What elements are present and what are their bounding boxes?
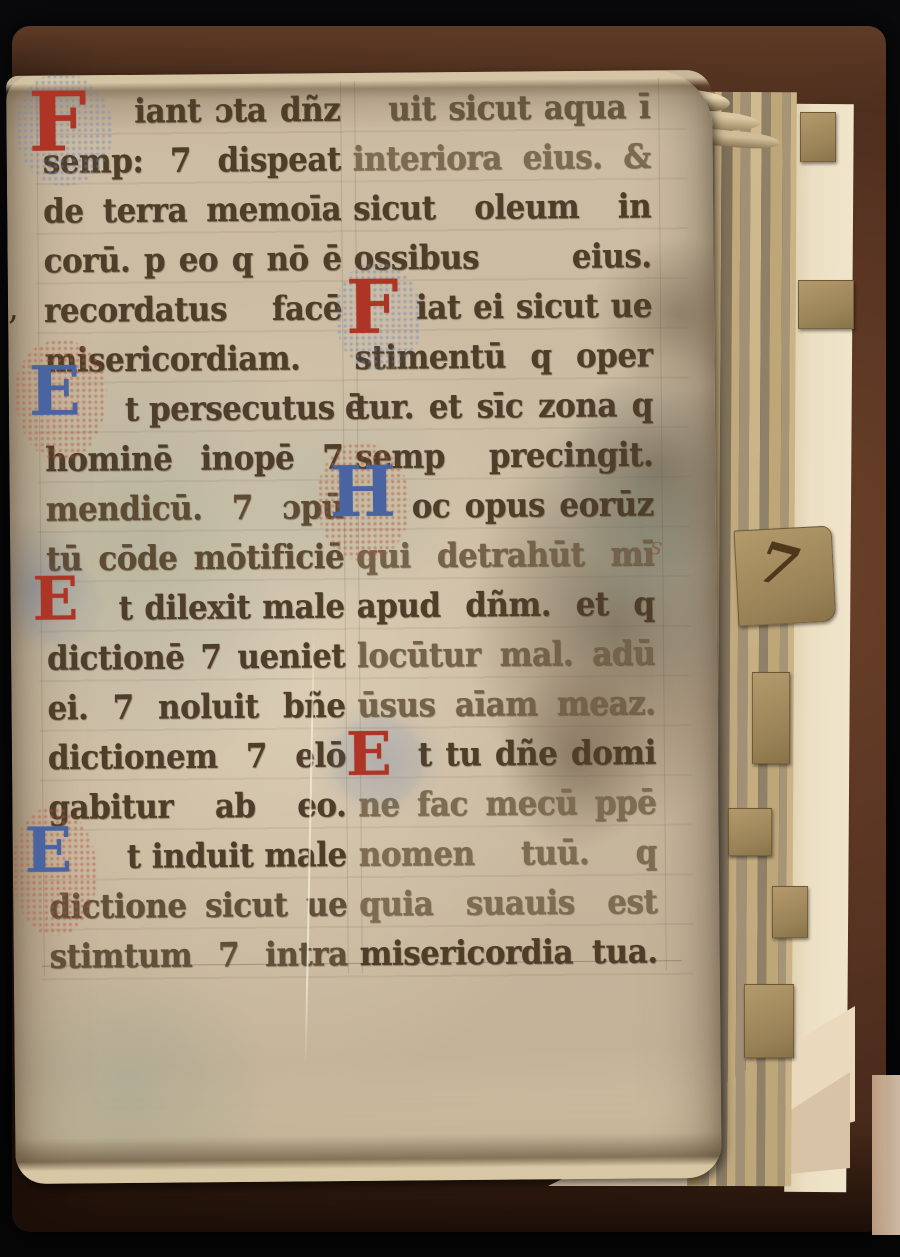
- margin-mark: ,: [8, 288, 19, 328]
- text-line: quia suauis est: [359, 877, 657, 929]
- tab-ink-mark: 7: [748, 534, 808, 596]
- text-line: locūtur mal. adū: [357, 629, 655, 681]
- fore-edge-tab: [728, 808, 772, 856]
- drop-cap-initial-E: E: [24, 819, 72, 881]
- board-edge: [872, 1075, 900, 1235]
- text-line: dictionē 7 ueniet: [47, 632, 345, 684]
- text-line: corū. p eo q nō ē: [43, 234, 341, 286]
- fore-edge-tab: [772, 886, 808, 938]
- text-line: ei. 7 noluit bñe: [47, 681, 345, 733]
- fore-edge-tab: [800, 112, 836, 162]
- text-line: recordatus facē: [44, 284, 342, 336]
- text-line: dictionem 7 elō: [48, 731, 346, 783]
- text-line: de terra memoīa: [43, 184, 341, 236]
- fore-edge-tab: [744, 984, 794, 1058]
- fore-edge-tab: [798, 280, 854, 329]
- fore-edge-tab: 7: [734, 526, 837, 627]
- fore-edge-tab: [752, 672, 790, 764]
- text-line: gabitur ab eo.: [48, 781, 346, 833]
- text-line: interiora eius. &: [353, 132, 651, 184]
- text-line: sicut oleum in: [353, 182, 651, 234]
- drop-cap-initial-E: E: [32, 569, 78, 629]
- text-line: mendicū. 7 ɔpū: [46, 483, 344, 535]
- text-line: tur. et sīc zona q: [355, 380, 653, 432]
- drop-cap-initial-E: E: [28, 357, 80, 425]
- drop-cap-initial-H: H: [329, 457, 396, 528]
- drop-cap-initial-E: E: [346, 725, 392, 785]
- text-line: stimtum 7 intra: [49, 930, 347, 982]
- text-line: misericordia tua.: [359, 927, 657, 979]
- drop-cap-initial-F: F: [346, 271, 399, 345]
- text-line: apud dñm. et q: [356, 579, 654, 631]
- manuscript-page: iant ɔta dñz semp: 7 dispeat de terra me…: [6, 70, 722, 1184]
- page-bottom-curl: [15, 1126, 721, 1184]
- text-line: uit sicut aqua ī: [352, 82, 650, 134]
- drop-cap-initial-F: F: [28, 81, 87, 164]
- text-line: nomen tuū. q: [359, 828, 657, 880]
- photo-canvas: 7 iant ɔta dñz semp: 7 dispeat de terra …: [0, 0, 900, 1257]
